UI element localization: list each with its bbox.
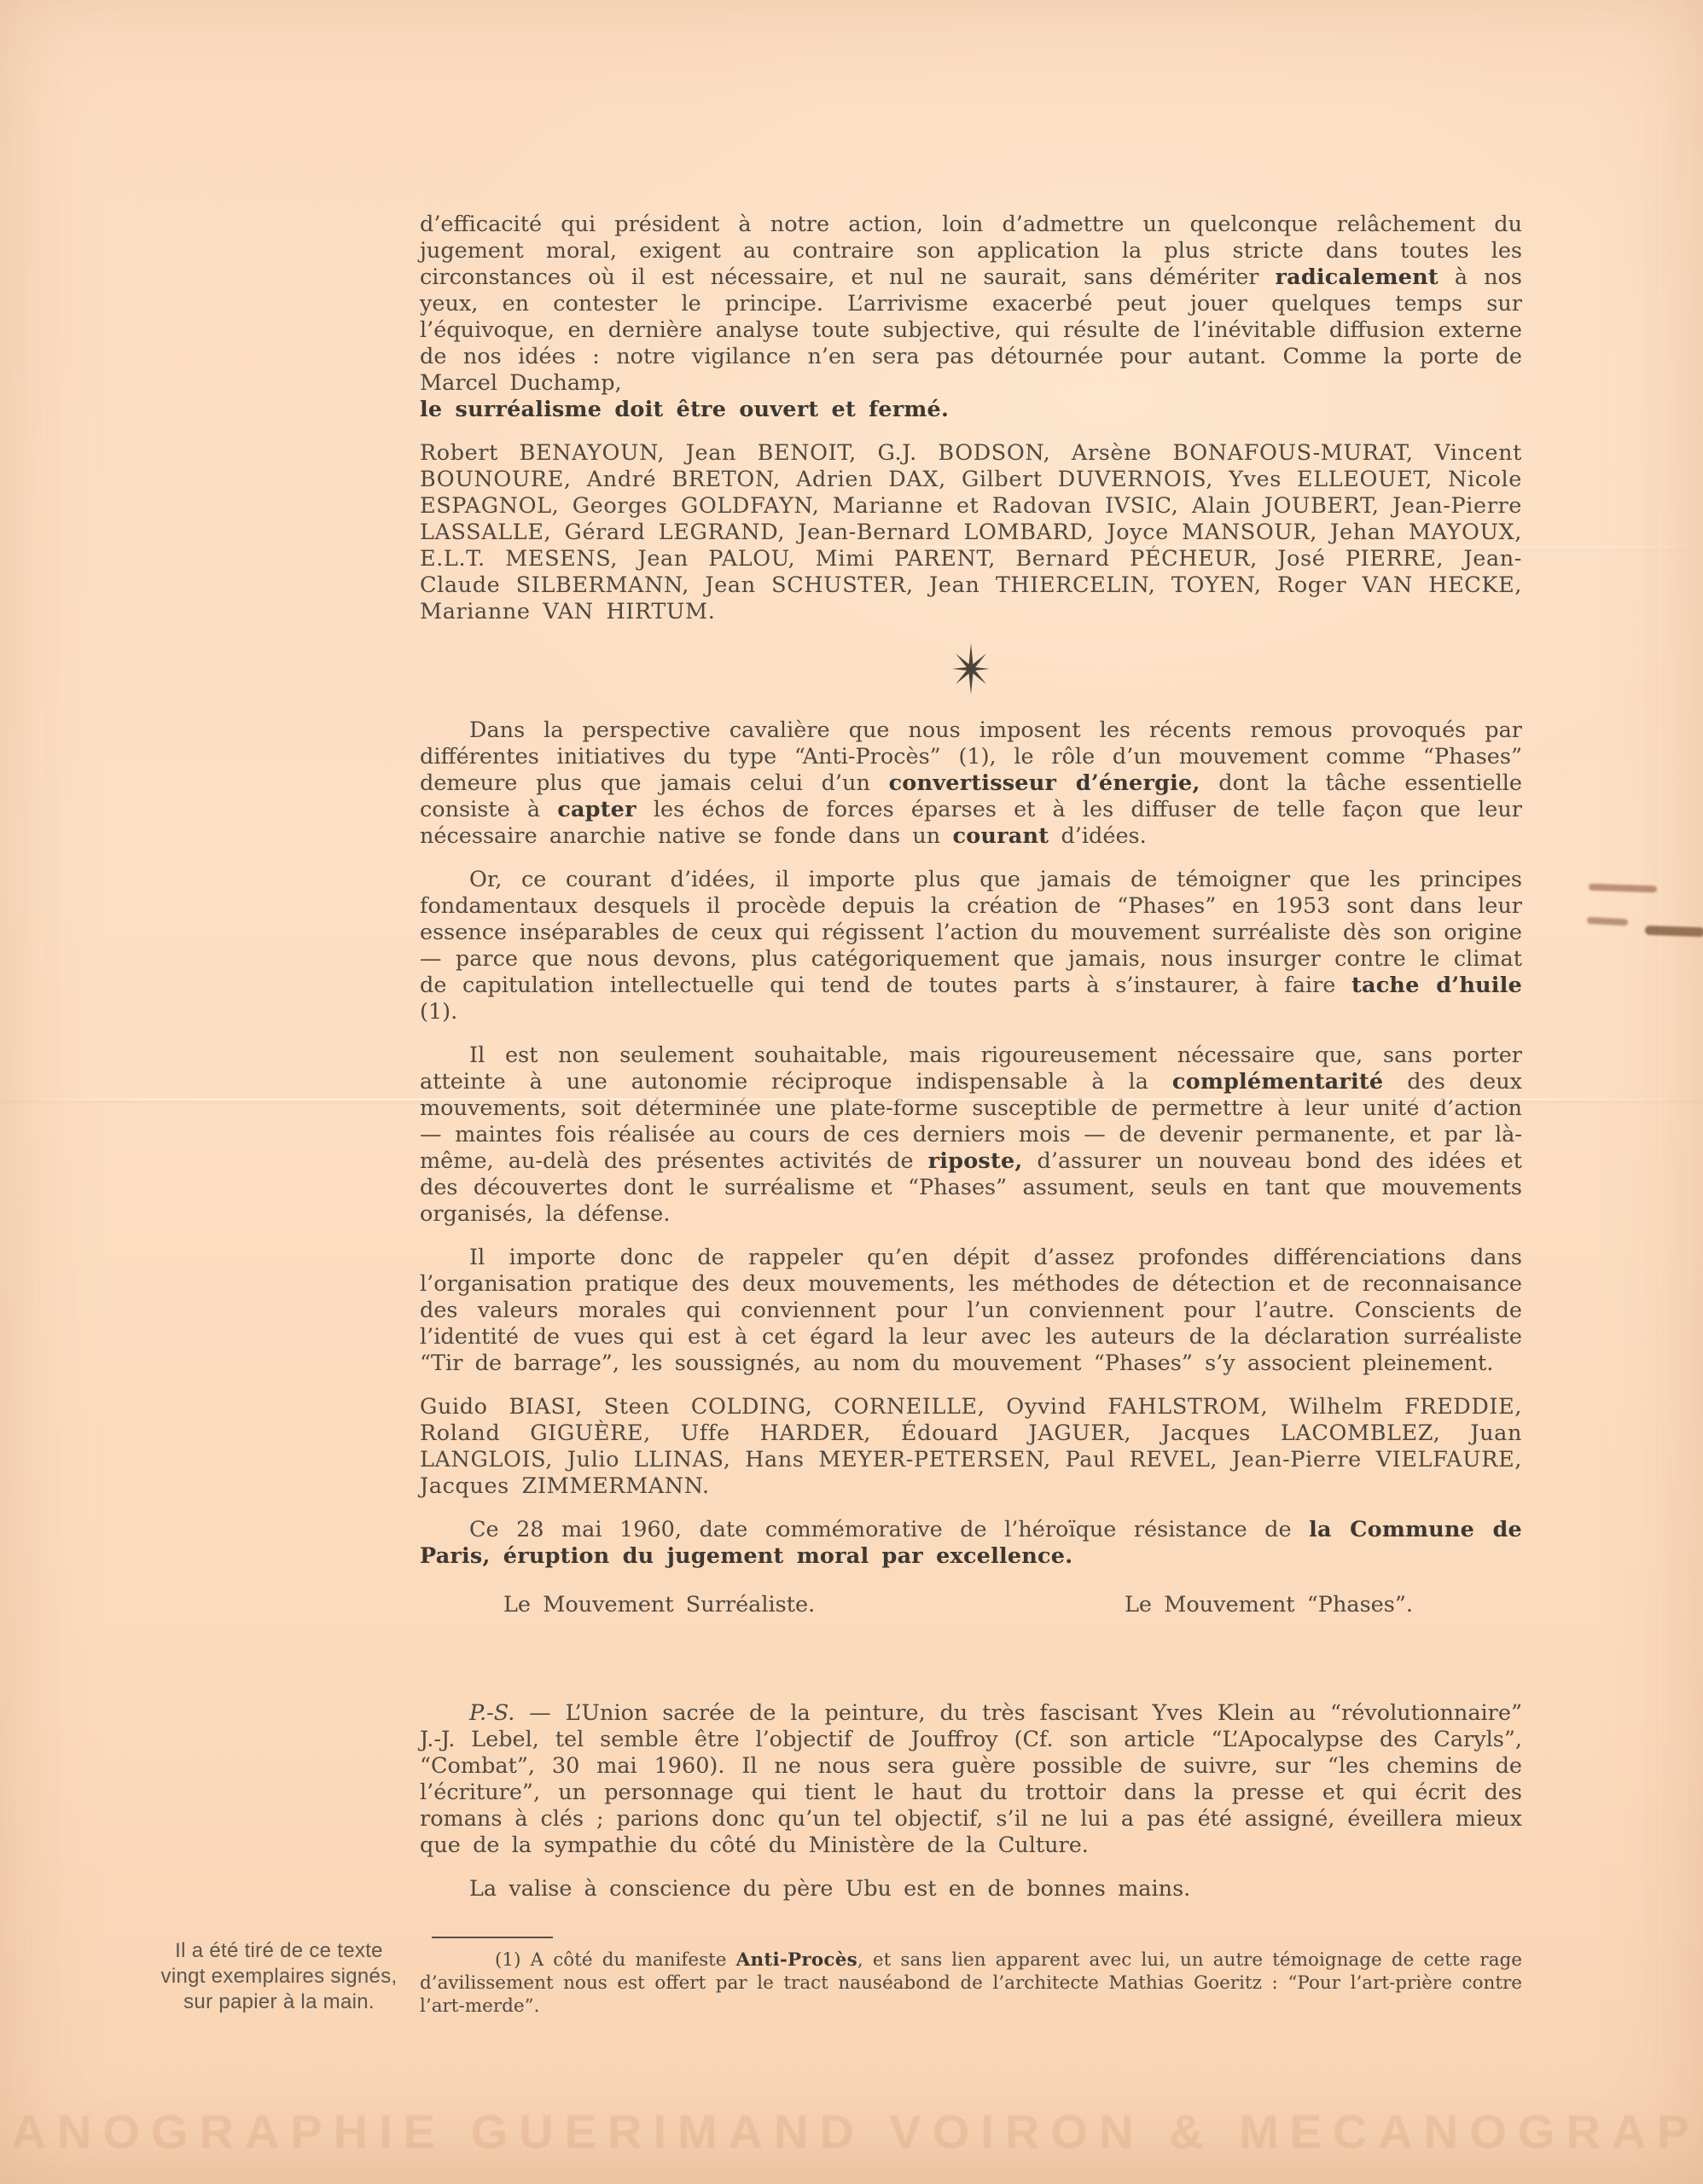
text-column: d’efficacité qui président à notre actio… [420, 212, 1522, 2035]
tract-page: d’efficacité qui président à notre actio… [0, 0, 1703, 2184]
paper-fold-crease [0, 1098, 1703, 1101]
emphasis-tache-dhuile: tache d’huile [1351, 973, 1522, 998]
ps-label: P.-S. [469, 1700, 514, 1726]
surrealist-signatories-list: Robert BENAYOUN, Jean BENOIT, G.J. BODSO… [420, 440, 1522, 625]
emphasis-convertisseur: convertisseur d’énergie, [889, 770, 1200, 796]
perspective-paragraph: Dans la perspective cavalière que nous i… [420, 717, 1522, 850]
phases-signatories-list: Guido BIASI, Steen COLDING, CORNEILLE, O… [420, 1394, 1522, 1500]
emphasis-riposte: riposte, [928, 1148, 1023, 1174]
opening-paragraph: d’efficacité qui président à notre actio… [420, 212, 1522, 423]
paper-fold-crease-faint [850, 546, 1703, 549]
footnote-text-1: (1) A côté du manifeste [495, 1949, 736, 1971]
emphasis-complementarite: complémentarité [1172, 1069, 1383, 1095]
colophon-line-1: Il a été tiré de ce texte [143, 1938, 415, 1964]
date-paragraph: Ce 28 mai 1960, date commémorative de l’… [420, 1517, 1522, 1570]
valise-ubu-line: La valise à conscience du père Ubu est e… [420, 1876, 1522, 1902]
emphasis-surrealisme-ouvert-ferme: le surréalisme doit être ouvert et fermé… [420, 397, 949, 422]
plateforme-paragraph: Il est non seulement souhaitable, mais r… [420, 1043, 1522, 1228]
paper-showthrough-text: CANOGRAPHIE GUERIMAND VOIRON & MECANOGRA… [0, 2104, 1703, 2159]
star-icon [944, 676, 997, 701]
courant-text-2: (1). [420, 999, 457, 1025]
colophon-line-3: sur papier à la main. [143, 1989, 415, 2015]
footnote-rule [432, 1937, 553, 1938]
post-scriptum-paragraph: P.-S. — L’Union sacrée de la peinture, d… [420, 1700, 1522, 1859]
tir-de-barrage-paragraph: Il importe donc de rappeler qu’en dépit … [420, 1245, 1522, 1377]
signature-mouvement-surrealiste: Le Mouvement Surréaliste. [503, 1592, 815, 1618]
signature-mouvement-phases: Le Mouvement “Phases”. [1125, 1592, 1413, 1618]
perspective-text-4: d’idées. [1049, 823, 1147, 849]
emphasis-capter: capter [557, 797, 636, 822]
date-text: Ce 28 mai 1960, date commémorative de l’… [469, 1517, 1309, 1542]
colophon-line-2: vingt exemplaires signés, [143, 1964, 415, 1989]
footnote-text: (1) A côté du manifeste Anti-Procès, et … [420, 1949, 1522, 2018]
colophon-note: Il a été tiré de ce texte vingt exemplai… [143, 1938, 415, 2015]
emphasis-anti-proces: Anti-Procès [736, 1949, 857, 1971]
emphasis-courant: courant [952, 823, 1049, 849]
emphasis-radicalement: radicalement [1276, 264, 1439, 290]
courant-didees-paragraph: Or, ce courant d’idées, il importe plus … [420, 867, 1522, 1025]
paper-stain-mark [1587, 917, 1628, 926]
ps-text: — L’Union sacrée de la peinture, du très… [420, 1700, 1522, 1858]
footnote-block: (1) A côté du manifeste Anti-Procès, et … [420, 1937, 1522, 2018]
paper-stain-mark [1589, 884, 1657, 893]
paper-stain-mark [1645, 926, 1703, 937]
star-divider [420, 642, 1522, 695]
signatures-row: Le Mouvement Surréaliste. Le Mouvement “… [420, 1592, 1522, 1618]
